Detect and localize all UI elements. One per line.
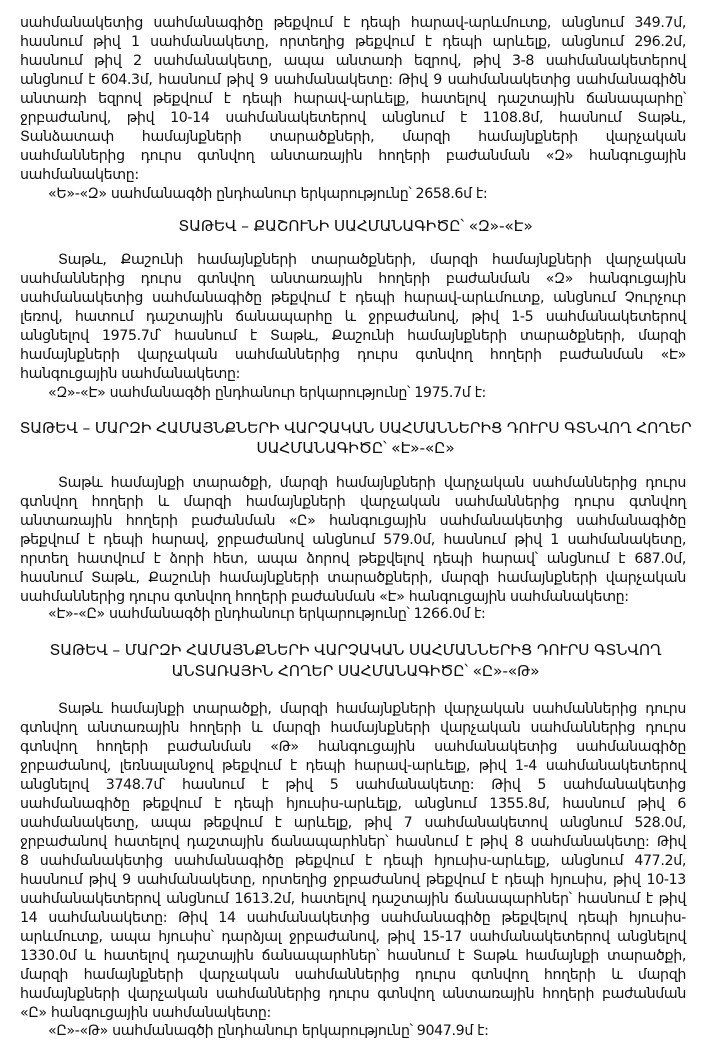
- paragraph-line: համայնքների վարչական սահմաններից դուրս գ…: [20, 985, 686, 1004]
- section-heading: ՏԱԹԵՎ – ՔԱՇՈՒՆԻ ՍԱՀՄԱՆԱԳԻԾԸ՝ «Զ»-«Է»: [0, 216, 711, 237]
- paragraph-line: համայնքների վարչական սահմաններից դուրս գ…: [20, 346, 686, 365]
- boundary-total-length: «Ը»-«Թ» սահմանագծի ընդհանուր երկարությու…: [48, 1022, 648, 1041]
- paragraph-line: Տաթև համայնքի տարածքի, մարզի համայնքների…: [58, 474, 686, 493]
- paragraph-line: սահմանակետերով անցնում 1613.2մ, հատելով …: [20, 890, 686, 909]
- paragraph-line: 14 սահմանակետը: Թիվ 14 սահմանակետից սահմ…: [20, 909, 686, 928]
- paragraph-line: 8 սահմանակետից սահմանագիծը թեքվում է դեպ…: [20, 852, 686, 871]
- paragraph-line: սահմաններից դուրս գտնվող անտառային հողեր…: [20, 147, 686, 166]
- paragraph-line: Տանձատափ համայնքների տարածքների, մարզի հ…: [20, 128, 686, 147]
- paragraph-line: հասնում թիվ 2 սահմանակետը, ապա անտառի եզ…: [20, 52, 686, 71]
- paragraph-line: գտնվող հողերի և մարզի համայնքների վարչակ…: [20, 493, 686, 512]
- paragraph-line: հասնում թիվ 1 սահմանակետը, որտեղից թեքվո…: [20, 33, 686, 52]
- paragraph-line: մարզի համայնքների վարչական սահմաններից դ…: [20, 966, 686, 985]
- boundary-total-length: «Ե»-«Զ» սահմանագծի ընդհանուր երկարությու…: [48, 185, 648, 204]
- paragraph-line: սահմանակետից սահմանագիծը թեքվում է դեպի …: [20, 14, 686, 33]
- section-heading: ԱՆՏԱՌԱՅԻՆ ՀՈՂԵՐ ՍԱՀՄԱՆԱԳԻԾԸ՝ «Ը»-«Թ»: [0, 661, 711, 682]
- paragraph-line: հասնում թիվ 9 սահմանակետը, որտեղից ջրբաժ…: [20, 871, 686, 890]
- paragraph-line: անտառի եզրով թեքվում է դեպի հարավ-արևելք…: [20, 90, 686, 109]
- paragraph-line: Տաթև, Քաշունի համայնքների տարածքների, մա…: [58, 251, 686, 270]
- paragraph-line: անցնելով 3748.7մ՝ հասնում է թիվ 5 սահման…: [20, 776, 686, 795]
- paragraph-line: Տաթև համայնքի տարածքի, մարզի համայնքների…: [58, 700, 686, 719]
- paragraph-line: հանգուցային սահմանակետը:: [20, 365, 686, 384]
- paragraph-line: անցնելով 1975.7մ՝ հասնում է Տաթև, Քաշուն…: [20, 327, 686, 346]
- paragraph-line: լեռով, հատում դաշտային ճանապարհը և ջրբաժ…: [20, 308, 686, 327]
- paragraph-line: թեքվում է դեպի հարավ, ջրբաժանով անցնում …: [20, 531, 686, 550]
- paragraph-line: արևմուտք, ապա հյուսիս՝ դարձյալ ջրբաժանով…: [20, 928, 686, 947]
- paragraph-line: հասնում Տաթև, Քաշունի համայնքների տարածք…: [20, 569, 686, 588]
- paragraph-line: սահմանակետը, ապա թեքվում է արևելք, թիվ 7…: [20, 814, 686, 833]
- section-heading: ՏԱԹԵՎ – ՄԱՐԶԻ ՀԱՄԱՅՆՔՆԵՐԻ ՎԱՐՉԱԿԱՆ ՍԱՀՄԱ…: [0, 640, 711, 661]
- paragraph-line: գտնվող հողերի բաժանման «Թ» հանգուցային ս…: [20, 738, 686, 757]
- paragraph-line: անտառային հողերի բաժանման «Ը» հանգուցայի…: [20, 512, 686, 531]
- paragraph-line: ջրբաժանով, թիվ 10-14 սահմանակետերով անցն…: [20, 109, 686, 128]
- paragraph-line: սահմանակետից սահմանագիծը թեքվում է դեպի …: [20, 289, 686, 308]
- paragraph-line: անցնում է 604.3մ, հասնում թիվ 9 սահմանակ…: [20, 71, 686, 90]
- document-page: սահմանակետից սահմանագիծը թեքվում է դեպի …: [0, 0, 711, 1053]
- boundary-total-length: «Զ»-«Է» սահմանագծի ընդհանուր երկարությու…: [48, 384, 648, 403]
- paragraph-line: սահմանագիծը թեքվում է դեպի հյուսիս-արևել…: [20, 795, 686, 814]
- paragraph-line: ջրբաժանով հատելով դաշտային ճանապարհներ՝ …: [20, 833, 686, 852]
- paragraph-line: սահմանակետը:: [20, 166, 686, 185]
- paragraph-line: «Ը» հանգուցային սահմանակետը:: [20, 1004, 686, 1023]
- paragraph-line: 1330.0մ և հատելով դաշտային ճանապարհներ՝ …: [20, 947, 686, 966]
- paragraph-line: գտնվող անտառային հողերի և մարզի համայնքն…: [20, 719, 686, 738]
- paragraph-line: սահմաններից դուրս գտնվող անտառային հողեր…: [20, 270, 686, 289]
- paragraph-line: որտեղ հատվում է ձորի հետ, ապա ձորով թեքվ…: [20, 550, 686, 569]
- boundary-total-length: «Է»-«Ը» սահմանագծի ընդհանուր երկարությու…: [48, 605, 648, 624]
- paragraph-line: ջրբաժանով, լեռնալանջով թեքվում է դեպի հա…: [20, 757, 686, 776]
- section-heading: ՏԱԹԵՎ – ՄԱՐԶԻ ՀԱՄԱՅՆՔՆԵՐԻ ՎԱՐՉԱԿԱՆ ՍԱՀՄԱ…: [0, 418, 711, 439]
- section-heading: ՍԱՀՄԱՆԱԳԻԾԸ՝ «Է»-«Ը»: [0, 438, 711, 459]
